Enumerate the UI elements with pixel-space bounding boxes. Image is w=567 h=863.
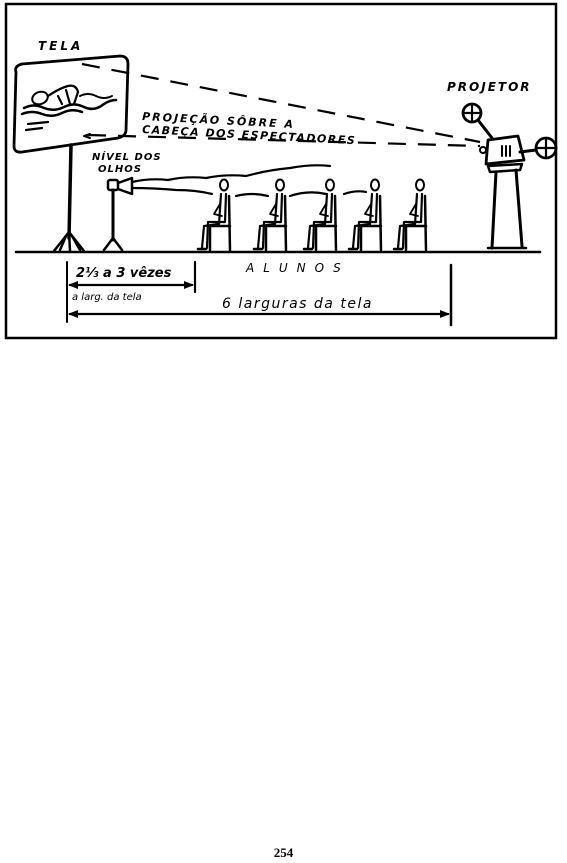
near-distance-label-line1: 2⅓ a 3 vêzes	[76, 266, 172, 281]
seated-student-icon	[254, 180, 286, 251]
students-label: ALUNOS	[245, 261, 350, 275]
page-number: 254	[0, 845, 567, 861]
seated-student-icon	[304, 180, 336, 251]
seated-student-icon	[394, 180, 426, 251]
far-distance-label: 6 larguras da tela	[222, 296, 373, 312]
seated-student-icon	[198, 180, 230, 251]
screen-label: TELA	[38, 39, 83, 53]
near-distance-label-line2: a larg. da tela	[72, 292, 142, 303]
projection-room-diagram: TELA PROJEÇÃO SÔBRE A CABEÇA DOS ESPECTA…	[0, 0, 567, 345]
students-row	[198, 180, 426, 251]
eye-level-label-line1: NÍVEL DOS	[92, 150, 162, 163]
eye-level-viewer-icon	[104, 178, 132, 250]
projector-label: PROJETOR	[447, 80, 532, 94]
sight-line-upper	[132, 165, 330, 182]
seated-student-icon	[349, 180, 381, 251]
film-projector-icon	[463, 104, 556, 248]
figure-frame	[6, 4, 556, 338]
eye-level-label-line2: OLHOS	[98, 164, 142, 175]
swimmer-icon	[22, 86, 116, 130]
